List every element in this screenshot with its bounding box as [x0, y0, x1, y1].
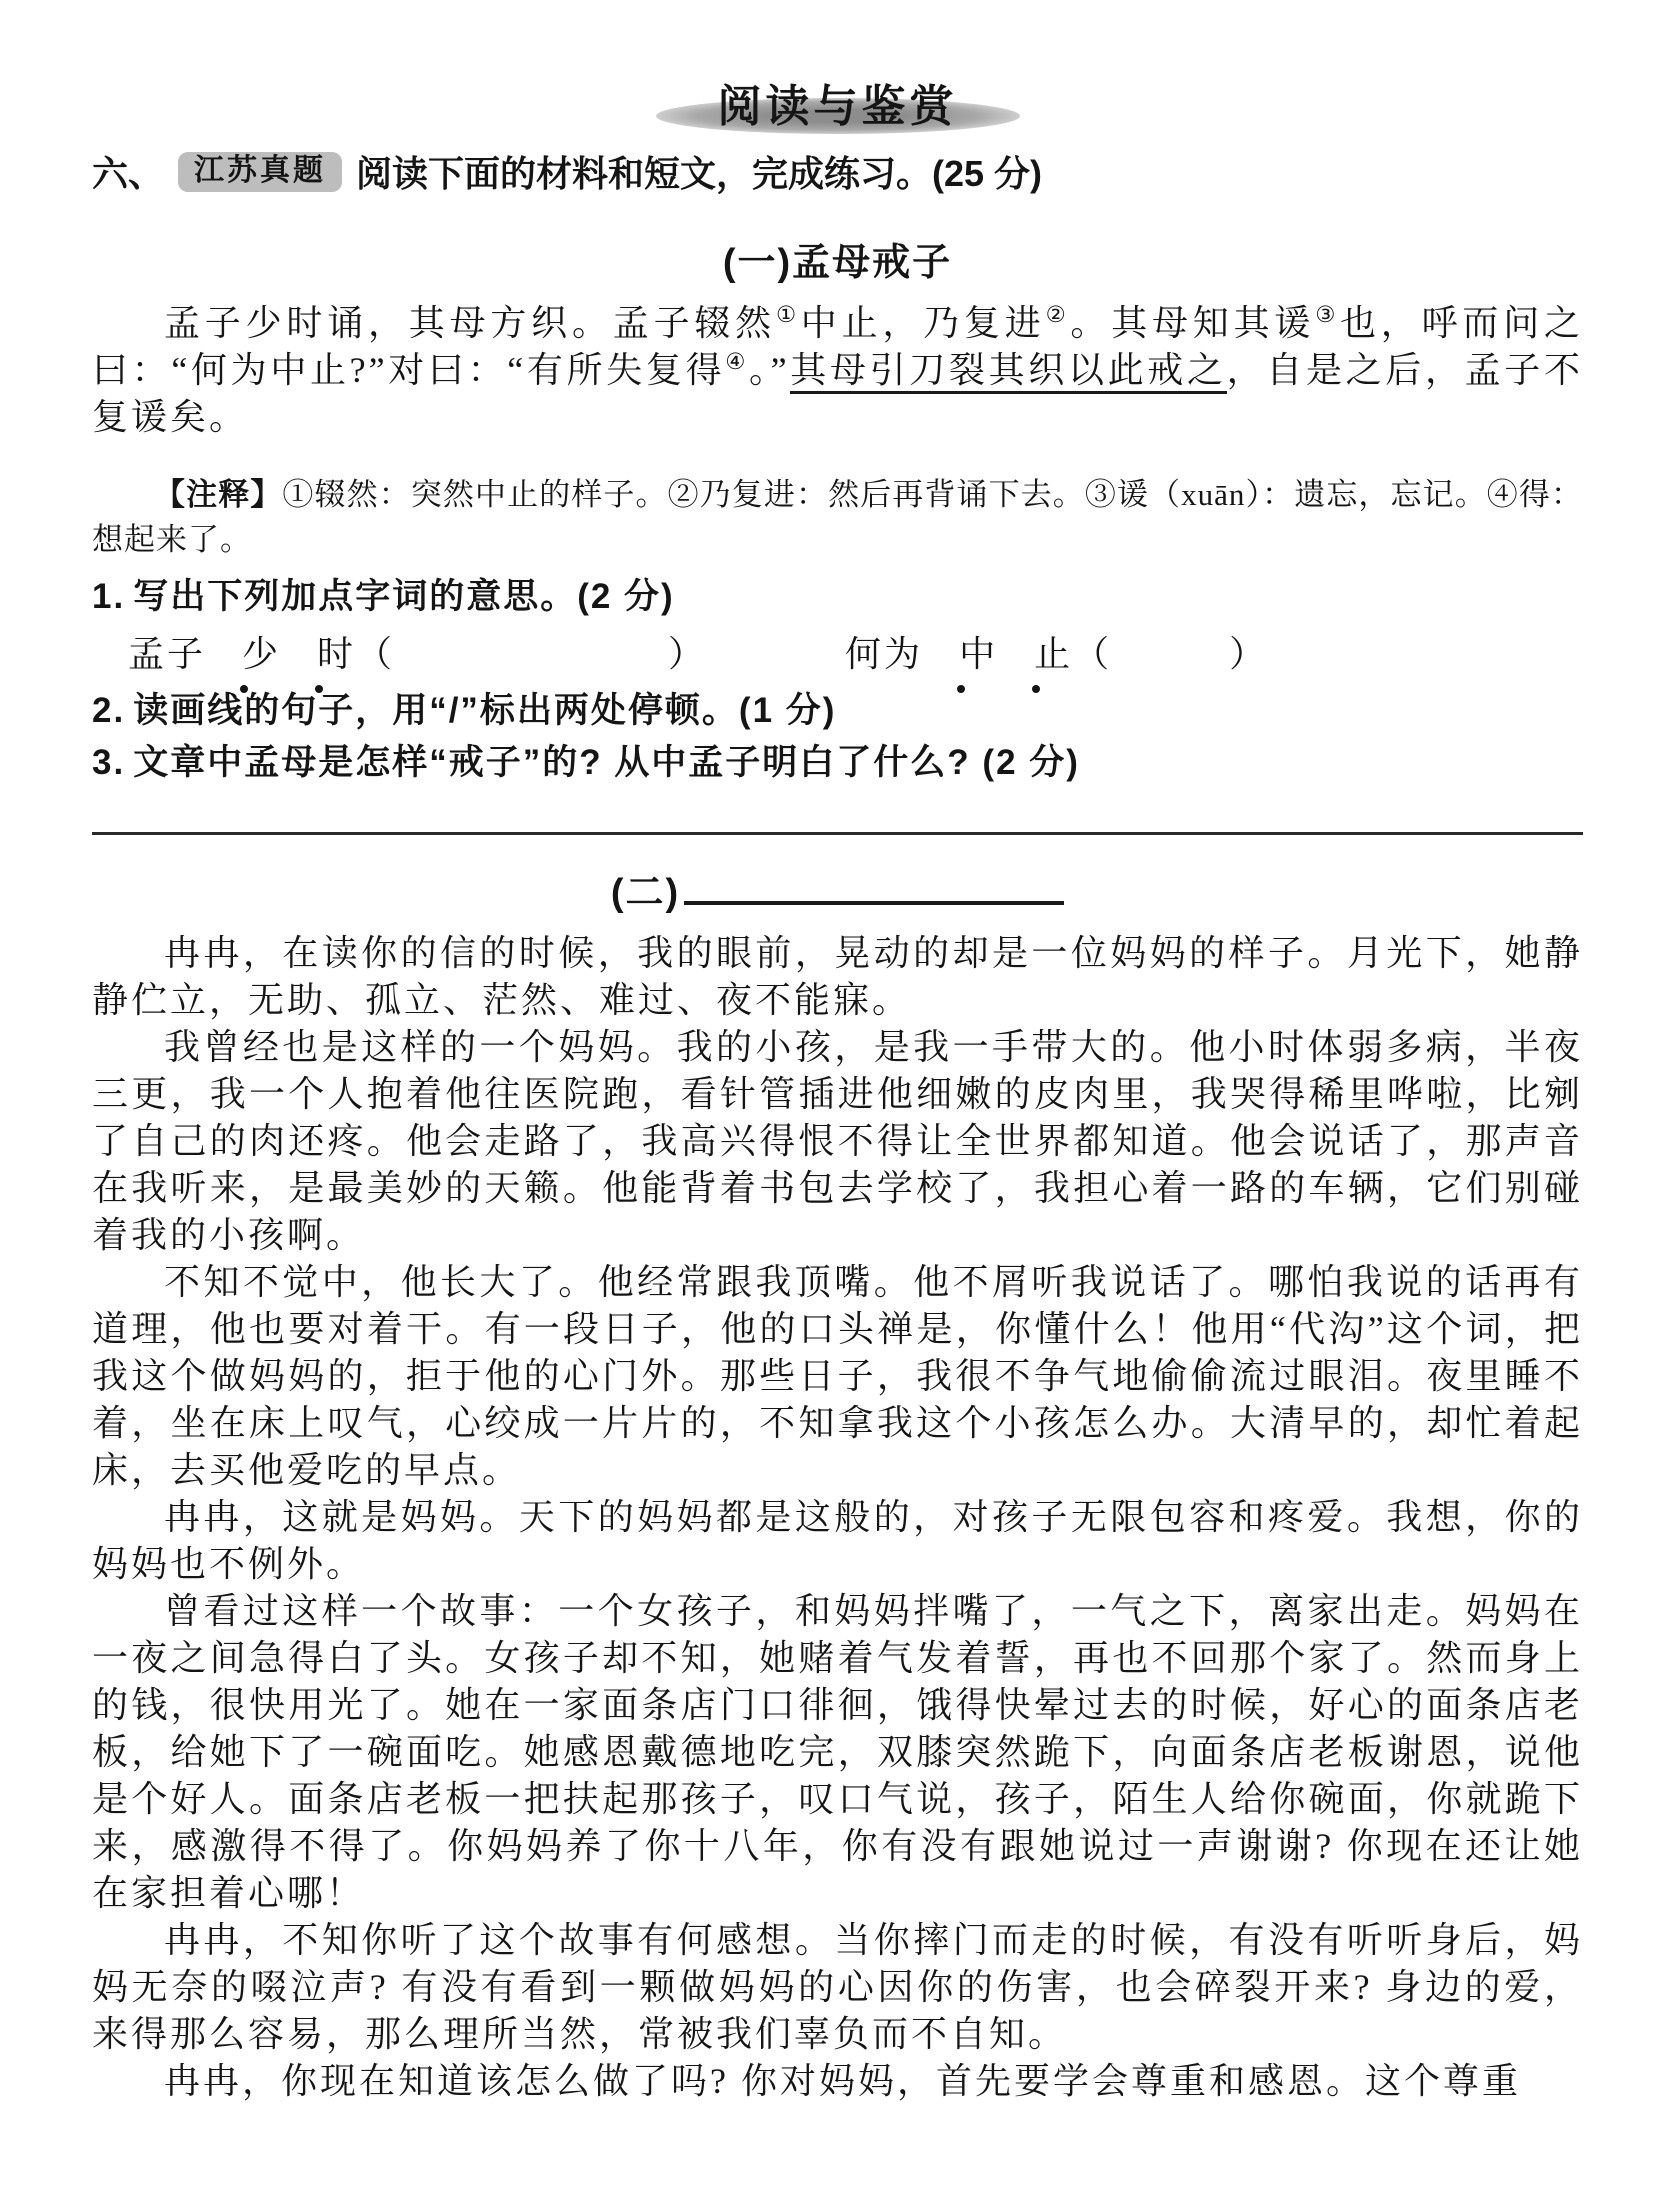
passage2-title: (二): [92, 861, 1583, 916]
passage2-paragraph-3: 不知不觉中，他长大了。他经常跟我顶嘴。他不屑听我说话了。哪怕我说的话再有道理，他…: [92, 1259, 1583, 1494]
passage2-title-blank: [684, 897, 1064, 905]
page-title: 阅读与鉴赏: [718, 82, 958, 131]
question-1: 1.写出下列加点字词的意思。(2 分): [92, 572, 1583, 622]
passage1-title: (一)孟母戒子: [92, 231, 1583, 286]
exam-source-badge: 江苏真题: [178, 152, 342, 192]
question-3: 3.文章中孟母是怎样“戒子”的? 从中孟子明白了什么? (2 分): [92, 738, 1583, 788]
question-1-answer-line: 孟子少时（ ） 何为中止（ ）: [92, 624, 1583, 684]
question-2-number: 2.: [92, 691, 125, 730]
question-1-text: 写出下列加点字词的意思。(2 分): [133, 577, 675, 616]
passage2-paragraph-2: 我曾经也是这样的一个妈妈。我的小孩，是我一手带大的。他小时体弱多病，半夜三更，我…: [92, 1024, 1583, 1259]
section-divider: [92, 832, 1583, 835]
passage2-paragraph-1: 冉冉，在读你的信的时候，我的眼前，晃动的却是一位妈妈的样子。月光下，她静静伫立，…: [92, 930, 1583, 1024]
passage2-paragraph-6: 冉冉，不知你听了这个故事有何感想。当你摔门而走的时候，有没有听听身后，妈妈无奈的…: [92, 1917, 1583, 2058]
question-2-text: 读画线的句子，用“/”标出两处停顿。(1 分): [133, 691, 836, 730]
section-intro: 六、 江苏真题 阅读下面的材料和短文，完成练习。(25 分): [92, 146, 1583, 197]
exam-page: 阅读与鉴赏 六、 江苏真题 阅读下面的材料和短文，完成练习。(25 分) (一)…: [0, 0, 1653, 2203]
question-3-text: 文章中孟母是怎样“戒子”的? 从中孟子明白了什么? (2 分): [133, 743, 1080, 782]
section-instruction: 阅读下面的材料和短文，完成练习。(25 分): [356, 146, 1042, 197]
passage1-notes: 【注释】①辍然：突然中止的样子。②乃复进：然后再背诵下去。③谖（xuān）：遗忘…: [92, 472, 1583, 562]
question-2: 2.读画线的句子，用“/”标出两处停顿。(1 分): [92, 686, 1583, 736]
page-header: 阅读与鉴赏: [92, 70, 1583, 132]
passage2-title-prefix: (二): [611, 872, 680, 914]
question-3-number: 3.: [92, 743, 125, 782]
section-number: 六、: [92, 146, 164, 197]
passage2-paragraph-7: 冉冉，你现在知道该怎么做了吗? 你对妈妈，首先要学会尊重和感恩。这个尊重: [92, 2058, 1583, 2105]
passage1-classical-text: 孟子少时诵，其母方织。孟子辍然①中止，乃复进②。其母知其谖③也，呼而问之曰：“何…: [92, 300, 1583, 441]
passage2-paragraph-4: 冉冉，这就是妈妈。天下的妈妈都是这般的，对孩子无限包容和疼爱。我想，你的妈妈也不…: [92, 1494, 1583, 1588]
question-1-number: 1.: [92, 577, 125, 616]
notes-label: 【注释】: [154, 477, 282, 512]
notes-body: ①辍然：突然中止的样子。②乃复进：然后再背诵下去。③谖（xuān）：遗忘，忘记。…: [92, 477, 1583, 557]
passage2-paragraph-5: 曾看过这样一个故事：一个女孩子，和妈妈拌嘴了，一气之下，离家出走。妈妈在一夜之间…: [92, 1588, 1583, 1917]
